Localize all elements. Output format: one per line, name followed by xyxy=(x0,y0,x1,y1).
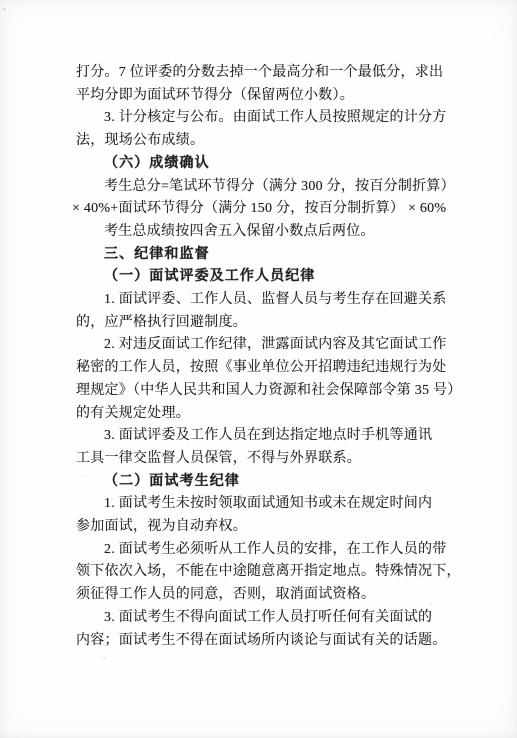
text-line: 法，现场公布成绩。 xyxy=(76,130,459,153)
text-line: 内容；面试考生不得在面试场所内谈论与面试有关的话题。 xyxy=(76,630,459,653)
text-line: 参加面试，视为自动弃权。 xyxy=(76,516,459,539)
text-line: 3. 面试评委及工作人员在到达指定地点时手机等通讯 xyxy=(76,425,459,448)
scan-speck xyxy=(3,8,6,10)
text-line: 1. 面试考生未按时领取面试通知书或未在规定时间内 xyxy=(76,493,459,516)
text-line: 须征得工作人员的同意，否则，取消面试资格。 xyxy=(76,584,459,607)
text-line: 2. 对违反面试工作纪律，泄露面试内容及其它面试工作 xyxy=(76,334,459,357)
text-line: 3. 计分核定与公布。由面试工作人员按照规定的计分方 xyxy=(76,107,459,130)
text-line: （六）成绩确认 xyxy=(76,153,459,176)
text-line: （一）面试评委及工作人员纪律 xyxy=(76,266,459,289)
text-line: 的，应严格执行回避制度。 xyxy=(76,312,459,335)
text-line: 工具一律交监督人员保管，不得与外界联系。 xyxy=(76,448,459,471)
text-line: （二）面试考生纪律 xyxy=(76,471,459,494)
text-line: 打分。7 位评委的分数去掉一个最高分和一个最低分，求出 xyxy=(76,62,459,85)
text-line: 考生总分=笔试环节得分（满分 300 分，按百分制折算） xyxy=(76,176,459,199)
text-line: 领下依次入场，不能在中途随意离开指定地点。特殊情况下， xyxy=(76,561,459,584)
text-line: 的有关规定处理。 xyxy=(76,403,459,426)
text-line: 秘密的工作人员，按照《事业单位公开招聘违纪违规行为处 xyxy=(76,357,459,380)
text-line: 2. 面试考生必须听从工作人员的安排，在工作人员的带 xyxy=(76,539,459,562)
text-line: 理规定》（中华人民共和国人力资源和社会保障部令第 35 号） xyxy=(76,380,459,403)
document-text-block: 打分。7 位评委的分数去掉一个最高分和一个最低分，求出平均分即为面试环节得分（保… xyxy=(76,62,459,652)
text-line: 考生总成绩按四舍五入保留小数点后两位。 xyxy=(76,221,459,244)
text-line: × 40%+面试环节得分（满分 150 分，按百分制折算） × 60% xyxy=(72,198,459,221)
text-line: 1. 面试评委、工作人员、监督人员与考生存在回避关系 xyxy=(76,289,459,312)
text-line: 平均分即为面试环节得分（保留两位小数）。 xyxy=(76,85,459,108)
document-page: 打分。7 位评委的分数去掉一个最高分和一个最低分，求出平均分即为面试环节得分（保… xyxy=(0,0,517,738)
text-line: 3. 面试考生不得向面试工作人员打听任何有关面试的 xyxy=(76,607,459,630)
scan-speck xyxy=(103,657,106,659)
text-line: 三、纪律和监督 xyxy=(76,244,459,267)
